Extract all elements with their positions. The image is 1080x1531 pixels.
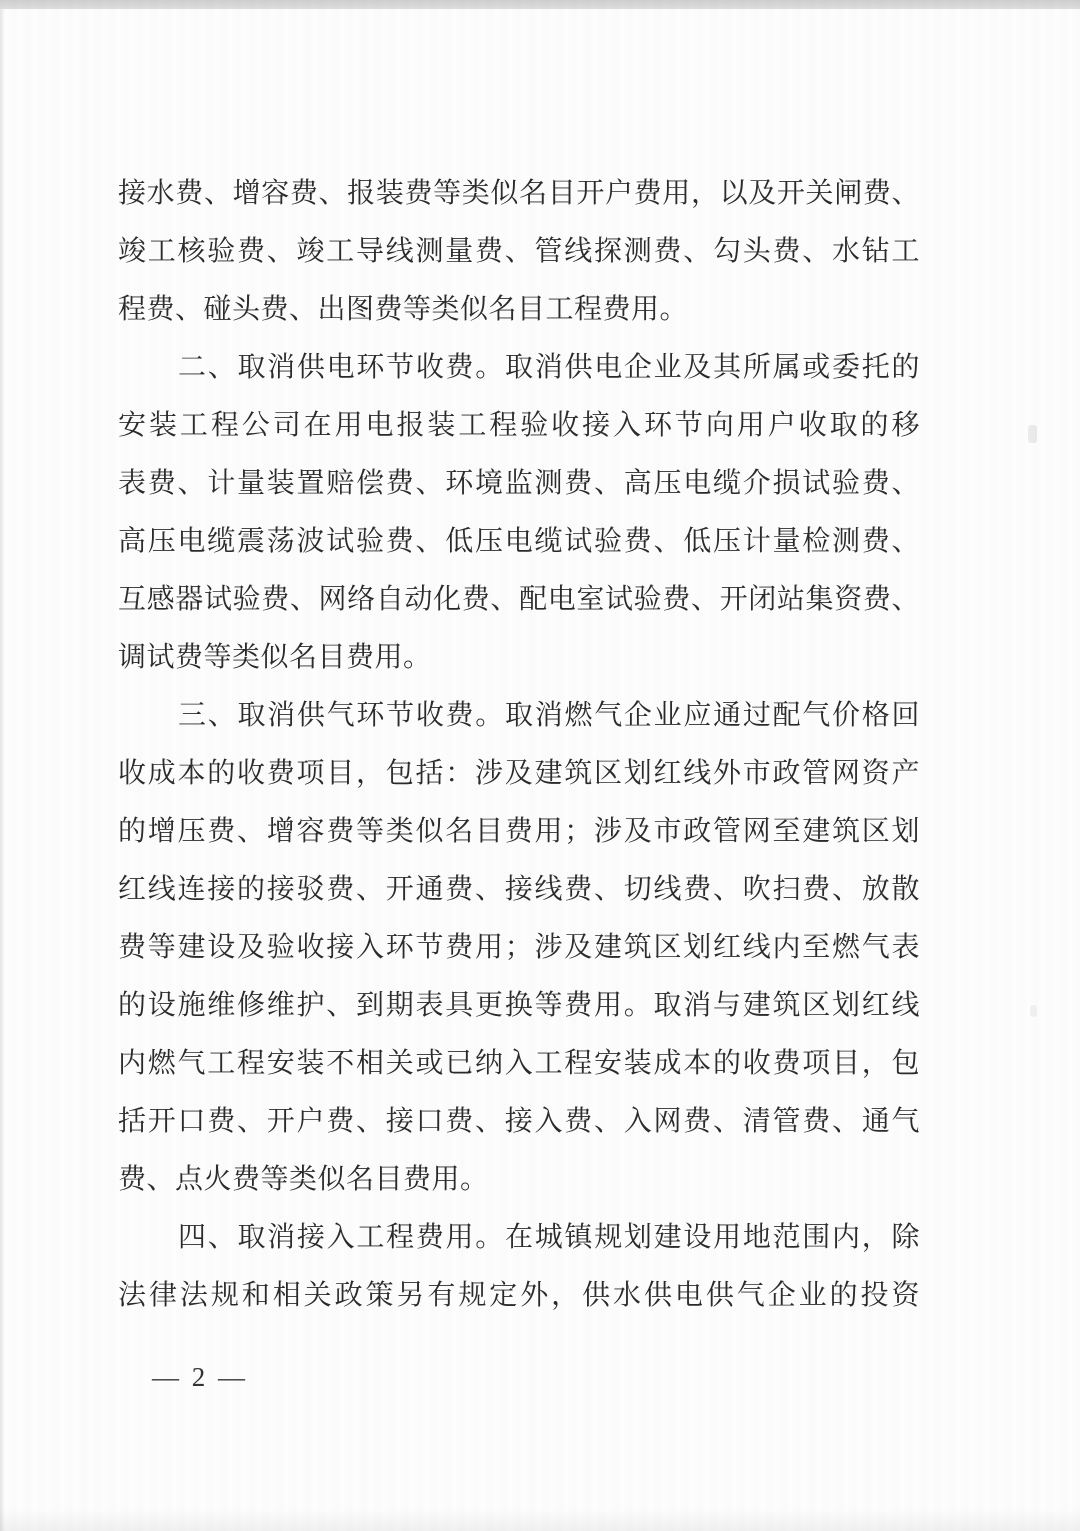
text-line: 三、取消供气环节收费。取消燃气企业应通过配气价格回	[118, 687, 920, 745]
document-body: 接水费、增容费、报装费等类似名目开户费用，以及开关闸费、 竣工核验费、竣工导线测…	[118, 165, 920, 1325]
text-line: 高压电缆震荡波试验费、低压电缆试验费、低压计量检测费、	[118, 513, 920, 571]
text-line: 法律法规和相关政策另有规定外，供水供电供气企业的投资	[118, 1267, 920, 1325]
scan-edge-bottom	[0, 1509, 1080, 1531]
text-line: 费、点火费等类似名目费用。	[118, 1151, 920, 1209]
scan-edge-left	[0, 9, 5, 1531]
text-line: 费等建设及验收接入环节费用；涉及建筑区划红线内至燃气表	[118, 919, 920, 977]
text-line: 内燃气工程安装不相关或已纳入工程安装成本的收费项目，包	[118, 1035, 920, 1093]
document-page: 接水费、增容费、报装费等类似名目开户费用，以及开关闸费、 竣工核验费、竣工导线测…	[0, 0, 1080, 1531]
scan-edge-top	[0, 0, 1080, 9]
page-number: — 2 —	[152, 1358, 248, 1396]
text-line: 收成本的收费项目，包括：涉及建筑区划红线外市政管网资产	[118, 745, 920, 803]
text-line: 互感器试验费、网络自动化费、配电室试验费、开闭站集资费、	[118, 571, 920, 629]
text-line: 接水费、增容费、报装费等类似名目开户费用，以及开关闸费、	[118, 165, 920, 223]
text-line: 的增压费、增容费等类似名目费用；涉及市政管网至建筑区划	[118, 803, 920, 861]
text-line: 红线连接的接驳费、开通费、接线费、切线费、吹扫费、放散	[118, 861, 920, 919]
text-line: 竣工核验费、竣工导线测量费、管线探测费、勾头费、水钻工	[118, 223, 920, 281]
text-line: 程费、碰头费、出图费等类似名目工程费用。	[118, 281, 920, 339]
text-line: 安装工程公司在用电报装工程验收接入环节向用户收取的移	[118, 397, 920, 455]
text-line: 四、取消接入工程费用。在城镇规划建设用地范围内，除	[118, 1209, 920, 1267]
text-line: 的设施维修维护、到期表具更换等费用。取消与建筑区划红线	[118, 977, 920, 1035]
text-line: 表费、计量装置赔偿费、环境监测费、高压电缆介损试验费、	[118, 455, 920, 513]
text-line: 调试费等类似名目费用。	[118, 629, 920, 687]
text-line: 括开口费、开户费、接口费、接入费、入网费、清管费、通气	[118, 1093, 920, 1151]
scan-artifact	[1030, 1005, 1037, 1017]
scan-artifact	[1028, 425, 1037, 443]
text-line: 二、取消供电环节收费。取消供电企业及其所属或委托的	[118, 339, 920, 397]
